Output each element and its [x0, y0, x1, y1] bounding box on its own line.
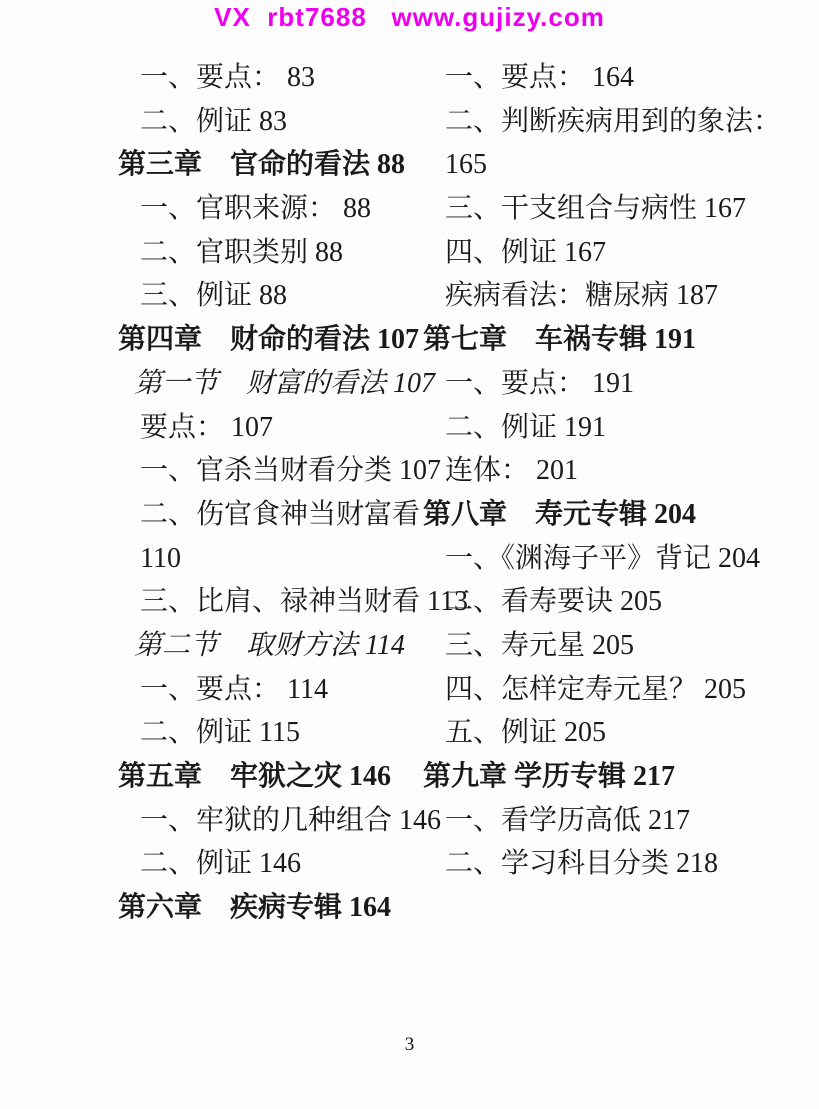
toc-entry: 第一节 财富的看法 107	[118, 362, 428, 406]
toc-entry: 二、学习科目分类 218	[423, 842, 733, 886]
header-watermark-text: VX rbt7688 www.gujizy.com	[0, 2, 819, 33]
toc-entry: 第九章 学历专辑 217	[423, 755, 733, 799]
toc-entry: 一、看学历高低 217	[423, 799, 733, 843]
toc-entry: 三、例证 88	[118, 274, 428, 318]
toc-entry: 一、官杀当财看分类 107	[118, 449, 428, 493]
toc-entry: 165	[423, 143, 733, 187]
toc-entry: 二、例证 83	[118, 100, 428, 144]
toc-entry: 五、例证 205	[423, 711, 733, 755]
toc-entry: 第八章 寿元专辑 204	[423, 493, 733, 537]
toc-entry: 二、看寿要诀 205	[423, 580, 733, 624]
toc-entry: 第五章 牢狱之灾 146	[118, 755, 428, 799]
toc-entry: 二、例证 115	[118, 711, 428, 755]
toc-entry: 110	[118, 537, 428, 581]
toc-entry: 二、判断疾病用到的象法：	[423, 100, 733, 144]
toc-entry: 二、伤官食神当财富看	[118, 493, 428, 537]
toc-entry: 一、要点： 164	[423, 56, 733, 100]
toc-entry: 第三章 官命的看法 88	[118, 143, 428, 187]
toc-entry: 一、牢狱的几种组合 146	[118, 799, 428, 843]
toc-entry: 一、《渊海子平》背记 204	[423, 537, 733, 581]
toc-entry: 要点： 107	[118, 406, 428, 450]
toc-entry: 一、要点： 83	[118, 56, 428, 100]
toc-entry: 一、要点： 191	[423, 362, 733, 406]
toc-entry: 一、官职来源： 88	[118, 187, 428, 231]
toc-entry: 连体： 201	[423, 449, 733, 493]
toc-entry: 疾病看法：糖尿病 187	[423, 274, 733, 318]
toc-entry: 第四章 财命的看法 107	[118, 318, 428, 362]
toc-entry: 四、例证 167	[423, 231, 733, 275]
toc-entry: 二、官职类别 88	[118, 231, 428, 275]
toc-entry: 二、例证 146	[118, 842, 428, 886]
toc-column-left: 一、要点： 83二、例证 83第三章 官命的看法 88一、官职来源： 88二、官…	[118, 56, 428, 930]
toc-entry: 第二节 取财方法 114	[118, 624, 428, 668]
toc-entry: 三、比肩、禄神当财看 113	[118, 580, 428, 624]
toc-entry: 第六章 疾病专辑 164	[118, 886, 428, 930]
toc-entry: 二、例证 191	[423, 406, 733, 450]
page-number: 3	[0, 1034, 819, 1056]
toc-column-right: 一、要点： 164二、判断疾病用到的象法：165三、干支组合与病性 167四、例…	[423, 56, 733, 886]
toc-entry: 第七章 车祸专辑 191	[423, 318, 733, 362]
toc-entry: 一、要点： 114	[118, 668, 428, 712]
toc-entry: 三、寿元星 205	[423, 624, 733, 668]
document-page: VX rbt7688 www.gujizy.com 一、要点： 83二、例证 8…	[0, 0, 819, 1109]
toc-entry: 四、怎样定寿元星？ 205	[423, 668, 733, 712]
toc-entry: 三、干支组合与病性 167	[423, 187, 733, 231]
